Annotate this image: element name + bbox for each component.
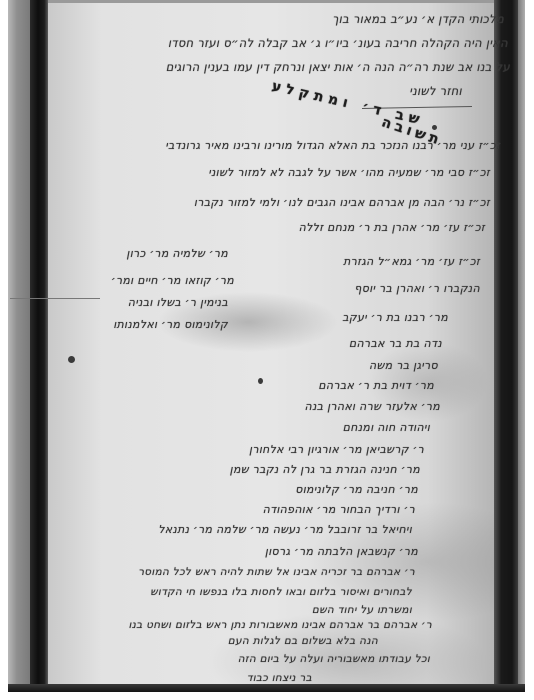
manuscript-line: מר׳ חניבה מר׳ קלונימוס <box>295 483 418 497</box>
manuscript-line: מלכותי הקדן א׳ נע״ב במאור בוך <box>332 12 504 26</box>
manuscript-line: ר׳ קרשביאן מר׳ אורגיון רבי אלחורן <box>249 443 424 457</box>
left-column-line: קלונימוס מר׳ ואלמנותו <box>113 318 228 332</box>
manuscript-line: זכ״ז סבי מר׳ שמעיה מהו׳ אשר על לגבה לא ל… <box>208 166 490 180</box>
manuscript-line: ומשרתו על יחוד השם <box>312 603 412 617</box>
page-top-edge <box>48 0 494 3</box>
ink-spot <box>68 356 75 363</box>
manuscript-line: ר׳ אברהם בר אברהם אבינו מאשבורות נתן ראש… <box>128 618 432 632</box>
manuscript-line: מר׳ אלעזר שרה ואהרן בנה <box>304 400 440 414</box>
manuscript-line: נדה בת בר אברהם <box>349 337 442 351</box>
binding-strip <box>30 0 48 692</box>
manuscript-line: ר׳ ורדיך הבחור מר׳ אוהפהודה <box>263 503 415 517</box>
manuscript-line: ר׳ אברהם בר זכריה אבינו אל שתות להיה ראש… <box>138 565 415 579</box>
manuscript-line: מר׳ קנשבאן הלבתה מר׳ גרסון <box>265 545 418 559</box>
manuscript-line: מר׳ דוית בת ר׳ אברהם <box>318 379 434 393</box>
manuscript-line: בר ניצחו כבוד <box>247 671 312 685</box>
manuscript-line: זכ״ז עני מר׳ רבנו הנזכר בת האלא הגדול מו… <box>165 139 500 153</box>
manuscript-line: מר׳ חנינה הגזרת בר גרן לה נקבר שמן <box>230 463 420 477</box>
ink-spot <box>258 378 263 384</box>
left-margin-surface <box>8 0 30 692</box>
manuscript-line: וחזר לשוני <box>409 84 462 98</box>
right-edge-surface <box>518 0 525 692</box>
margin-rule <box>10 298 100 299</box>
manuscript-line: זכ״ז עז׳ מר׳ גמא״ל הגזרת <box>343 255 480 269</box>
manuscript-line: על בנו אב שנת רה״ה הנה ה׳ אות יצאן ונרחק… <box>166 60 510 74</box>
manuscript-line: מר׳ רבנו בת ר׳ יעקב <box>342 311 448 325</box>
left-column-line: מר׳ שלמיה מר׳ כרון <box>126 247 228 261</box>
manuscript-line: סריגן בר משה <box>369 359 438 373</box>
manuscript-line: האין היה הקהלה חריבה בעונ׳ ביו״ו ג׳ אב ק… <box>168 36 508 50</box>
manuscript-line: זכ״ז עז׳ מר׳ אהרן בת ר׳ מנחם זללה <box>299 221 485 235</box>
manuscript-line: ויהודה חוה ומנחם <box>343 421 430 435</box>
manuscript-line: זכ״ז נר׳ הבה מן אברהם אבינו הגבים לנו׳ ו… <box>194 196 490 210</box>
manuscript-line: הנקברו ר׳ ואהרן בר יוסף <box>354 282 480 296</box>
left-column-line: בנימין ר׳ בשלו ובניה <box>128 296 228 310</box>
manuscript-line: וכל עבודתו מאשבוריה ועלה על ביום הזה <box>238 652 430 666</box>
right-edge-shadow <box>494 0 518 692</box>
manuscript-line: ויחיאל בר זרובבל מר׳ נעשה מר׳ שלמה מר׳ נ… <box>158 523 412 537</box>
page-bottom-edge <box>8 684 525 692</box>
manuscript-line: לבחורים ואיסור בלזום ובאו לחסות בלו בנפש… <box>150 585 412 599</box>
left-column-line: מר׳ קוזאו מר׳ חיים ומר׳ <box>111 274 234 288</box>
manuscript-line: הנה בלא בשלום בם לגלות העם <box>228 634 378 648</box>
